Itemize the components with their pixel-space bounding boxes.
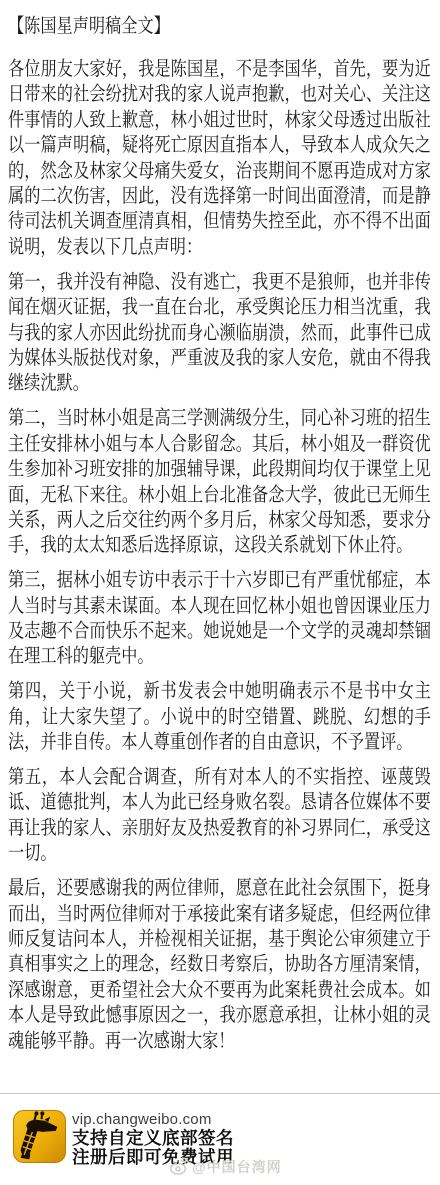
weibo-icon [167, 1156, 189, 1178]
statement-title: 【陈国星声明稿全文】 [8, 14, 431, 39]
statement-paragraph: 各位朋友大家好，我是陈国星，不是李国华，首先，要为近日带来的社会纷扰对我的家人说… [8, 57, 431, 260]
footer-banner: vip.changweibo.com 支持自定义底部签名 注册后即可免费试用 @… [0, 1093, 440, 1185]
watermark-text: @中国台湾网 [192, 1157, 282, 1177]
statement-image: 【陈国星声明稿全文】 各位朋友大家好，我是陈国星，不是李国华，首先，要为近日带来… [8, 14, 431, 1054]
statement-paragraph: 最后，还要感谢我的两位律师，愿意在此社会氛围下，挺身而出，当时两位律师对于承接此… [8, 876, 431, 1054]
changweibo-giraffe-icon [13, 1110, 66, 1166]
watermark: @中国台湾网 [167, 1156, 282, 1178]
statement-paragraph: 第三，据林小姐专访中表示于十六岁即已有严重忧郁症，本人当时与其素未谋面。本人现在… [8, 568, 431, 670]
statement-paragraph: 第二，当时林小姐是高三学测满级分生，同心补习班的招生主任安排林小姐与本人合影留念… [8, 406, 431, 558]
statement-paragraph: 第一，我并没有神隐、没有逃亡，我更不是狼师，也并非传闻在烟灭证据，我一直在台北，… [8, 270, 431, 397]
statement-paragraph: 第四，关于小说，新书发表会中她明确表示不是书中女主角，让大家失望了。小说中的时空… [8, 679, 431, 755]
statement-paragraph: 第五，本人会配合调查，所有对本人的不实指控、诬蔑毁诋、道德批判，本人为此已经身败… [8, 765, 431, 867]
footer-promo-line1: 支持自定义底部签名 [72, 1129, 234, 1147]
statement-body: 各位朋友大家好，我是陈国星，不是李国华，首先，要为近日带来的社会纷扰对我的家人说… [8, 57, 431, 1054]
footer-url: vip.changweibo.com [72, 1111, 234, 1128]
